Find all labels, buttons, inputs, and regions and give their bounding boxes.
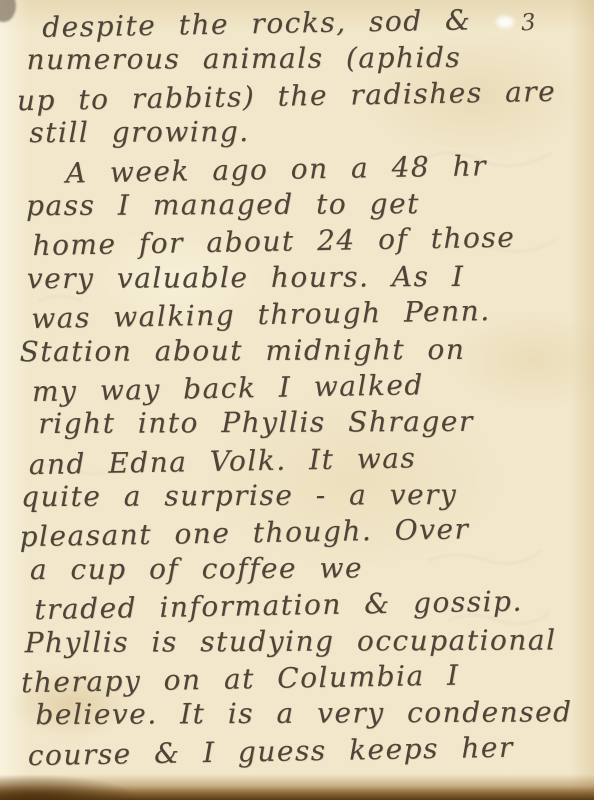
- scan-bottom-edge-shadow: [0, 774, 594, 800]
- handwritten-line: a cup of coffee we: [30, 549, 594, 589]
- handwritten-line: very valuable hours. As I: [27, 258, 594, 298]
- handwritten-line: believe. It is a very condensed: [35, 694, 594, 734]
- handwritten-line: quite a surprise - a very: [21, 476, 594, 516]
- handwritten-line: right into Phyllis Shrager: [38, 403, 594, 443]
- handwritten-text-block: despite the rocks, sod & numerous animal…: [14, 1, 594, 772]
- handwritten-line: A week ago on a 48 hr: [65, 145, 594, 192]
- handwritten-line: numerous animals (aphids: [26, 39, 594, 79]
- handwritten-line: traded information & gossip.: [34, 581, 594, 629]
- handwritten-line: Phyllis is studying occupational: [25, 621, 594, 661]
- handwritten-line: still growing.: [29, 112, 594, 152]
- handwritten-line: home for about 24 of those: [32, 217, 594, 265]
- handwritten-line: Station about midnight on: [20, 330, 594, 370]
- handwritten-line: pass I managed to get: [26, 185, 594, 225]
- scanned-letter-page: { "document": { "type": "handwritten-let…: [0, 0, 594, 800]
